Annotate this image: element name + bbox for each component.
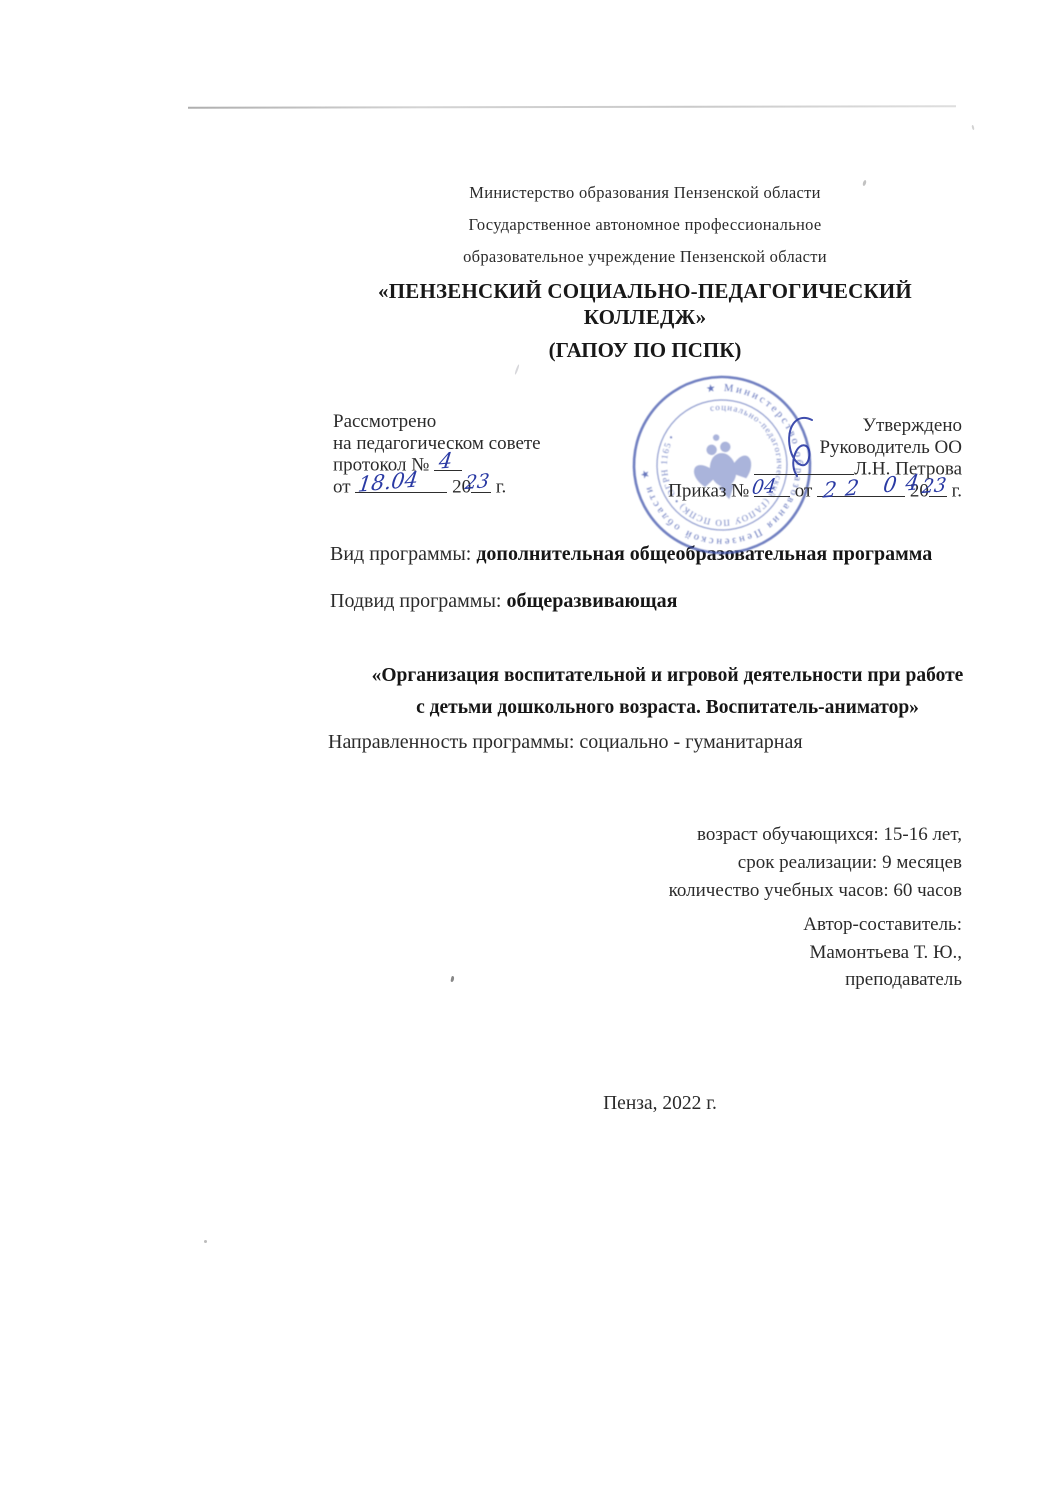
program-subkind-label: Подвид программы: bbox=[330, 590, 506, 612]
author-position: преподаватель bbox=[803, 966, 962, 994]
org-line-2: образовательное учреждение Пензенской об… bbox=[315, 247, 975, 267]
order-year-suffix: г. bbox=[947, 481, 962, 502]
author-name: Мамонтьева Т. Ю., bbox=[803, 939, 962, 967]
program-title-line-2: с детьми дошкольного возраста. Воспитате… bbox=[340, 692, 995, 724]
hours-line: количество учебных часов: 60 часов bbox=[669, 877, 962, 905]
order-label: Приказ № bbox=[668, 481, 754, 502]
scan-speck bbox=[450, 976, 454, 982]
order-line: Приказ № 04 от 22 04 2023 г. bbox=[668, 480, 962, 502]
review-year-suffix: г. bbox=[491, 477, 506, 498]
details-block: возраст обучающихся: 15-16 лет, срок реа… bbox=[669, 821, 962, 905]
order-number-blank: 04 bbox=[754, 480, 790, 497]
order-year-blank: 23 bbox=[929, 480, 947, 497]
order-date-blank: 22 04 bbox=[817, 480, 905, 497]
order-year-prefix: 20 bbox=[905, 481, 929, 502]
program-subkind-line: Подвид программы: общеразвивающая bbox=[330, 590, 678, 613]
protocol-line: протокол № 4 bbox=[333, 454, 541, 476]
program-kind-label: Вид программы: bbox=[330, 543, 476, 565]
duration-line: срок реализации: 9 месяцев bbox=[669, 849, 962, 877]
review-title: Рассмотрено bbox=[333, 411, 541, 433]
protocol-label: протокол № bbox=[333, 455, 434, 476]
scan-speck bbox=[514, 364, 520, 375]
protocol-number-blank: 4 bbox=[434, 454, 462, 471]
scan-line-artifact bbox=[188, 105, 956, 109]
review-block: Рассмотрено на педагогическом совете про… bbox=[333, 411, 541, 498]
program-direction-label: Направленность программы: bbox=[328, 731, 574, 753]
college-abbr: (ГАПОУ ПО ПСПК) bbox=[315, 338, 975, 363]
author-block: Автор-составитель: Мамонтьева Т. Ю., пре… bbox=[803, 911, 962, 994]
review-date-prefix: от bbox=[333, 477, 355, 498]
approver-name: Л.Н. Петрова bbox=[854, 459, 962, 480]
header-block: Министерство образования Пензенской обла… bbox=[315, 183, 975, 363]
program-direction-value: социально - гуманитарная bbox=[574, 731, 802, 753]
review-date-line: от 18.04 2023 г. bbox=[333, 476, 541, 498]
ministry-line: Министерство образования Пензенской обла… bbox=[315, 183, 975, 203]
scan-speck bbox=[971, 125, 974, 130]
review-council-line: на педагогическом совете bbox=[333, 433, 541, 455]
review-year-blank: 23 bbox=[471, 476, 491, 493]
footer-city-year: Пенза, 2022 г. bbox=[335, 1093, 985, 1115]
org-line-1: Государственное автономное профессиональ… bbox=[315, 215, 975, 235]
review-year-prefix: 20 bbox=[447, 477, 471, 498]
author-label: Автор-составитель: bbox=[803, 911, 962, 939]
order-from: от bbox=[790, 481, 817, 502]
students-age-line: возраст обучающихся: 15-16 лет, bbox=[669, 821, 962, 849]
scanned-document-page: Министерство образования Пензенской обла… bbox=[0, 0, 1058, 1497]
college-name: «ПЕНЗЕНСКИЙ СОЦИАЛЬНО-ПЕДАГОГИЧЕСКИЙ КОЛ… bbox=[315, 278, 975, 330]
program-direction-line: Направленность программы: социально - гу… bbox=[328, 731, 803, 754]
signature-stroke bbox=[780, 412, 822, 482]
protocol-number-handwritten: 4 bbox=[438, 450, 454, 471]
scan-speck bbox=[204, 1240, 207, 1243]
program-title-line-1: «Организация воспитательной и игровой де… bbox=[340, 660, 995, 692]
program-subkind-value: общеразвивающая bbox=[506, 590, 677, 612]
review-date-blank: 18.04 bbox=[355, 476, 447, 493]
program-title: «Организация воспитательной и игровой де… bbox=[340, 660, 995, 724]
